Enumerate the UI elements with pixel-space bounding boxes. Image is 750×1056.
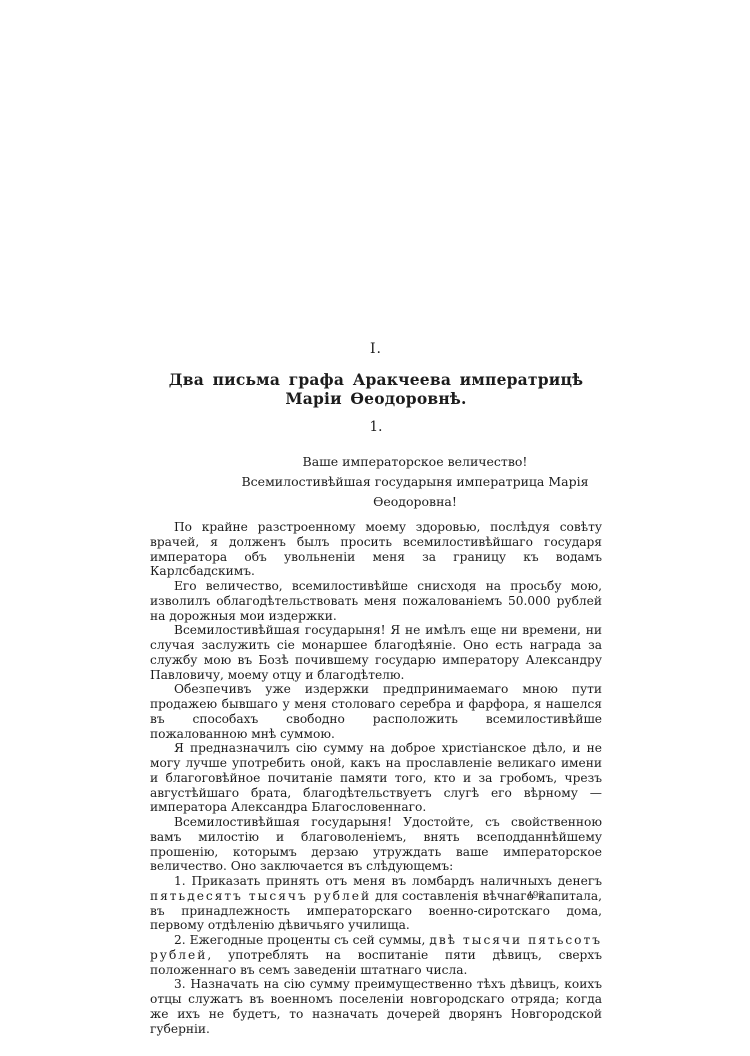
- paragraph: 2. Ежегодные проценты съ сей суммы, двѣ …: [150, 933, 602, 977]
- paragraph: Всемилостивѣйшая государыня! Я не имѣлъ …: [150, 623, 602, 682]
- section-numeral: I.: [150, 0, 602, 357]
- paragraph: Обезпечивъ уже издержки предпринимаемаго…: [150, 682, 602, 741]
- paragraph-text: Обезпечивъ уже издержки предпринимаемаго…: [150, 682, 602, 740]
- paragraph-text: Я предназначилъ сію сумму на доброе хрис…: [150, 741, 602, 814]
- paragraph-text: Всемилостивѣйшая государыня! Я не имѣлъ …: [150, 623, 602, 681]
- salutation-line-1: Ваше императорское величество!: [228, 452, 602, 472]
- paragraph: Всемилостивѣйшая государыня! Удостойте, …: [150, 815, 602, 874]
- paragraph-text: 2. Ежегодные проценты съ сей суммы,: [174, 933, 429, 947]
- paragraph: 3. Назначать на сію сумму преимущественн…: [150, 977, 602, 1036]
- paragraph-text: , употреблять на воспитаніе пяти дѣвицъ,…: [150, 948, 602, 977]
- paragraph: По крайне разстроенному моему здоровью, …: [150, 520, 602, 579]
- document-title: Два письма графа Аракчеева императрицѣ М…: [150, 370, 602, 408]
- letter-body: По крайне разстроенному моему здоровью, …: [150, 520, 602, 1036]
- paragraph-text: По крайне разстроенному моему здоровью, …: [150, 520, 602, 578]
- paragraph-text: 1. Приказать принять отъ меня въ ломбард…: [174, 874, 602, 888]
- paragraph: Я предназначилъ сію сумму на доброе хрис…: [150, 741, 602, 815]
- paragraph-text: Его величество, всемилостивѣйше снисходя…: [150, 579, 602, 623]
- salutation-block: Ваше императорское величество! Всемилост…: [228, 452, 602, 512]
- emphasized-amount: пятьдесятъ тысячъ рублей: [150, 889, 371, 903]
- paragraph-text: Всемилостивѣйшая государыня! Удостойте, …: [150, 815, 602, 873]
- paragraph-text: 3. Назначать на сію сумму преимущественн…: [150, 977, 602, 1035]
- salutation-line-2: Всемилостивѣйшая государыня императрица …: [228, 472, 602, 512]
- letter-number: 1.: [150, 419, 602, 435]
- paragraph: 1. Приказать принять отъ меня въ ломбард…: [150, 874, 602, 933]
- paragraph: Его величество, всемилостивѣйше снисходя…: [150, 579, 602, 623]
- page-number: 493: [527, 891, 544, 901]
